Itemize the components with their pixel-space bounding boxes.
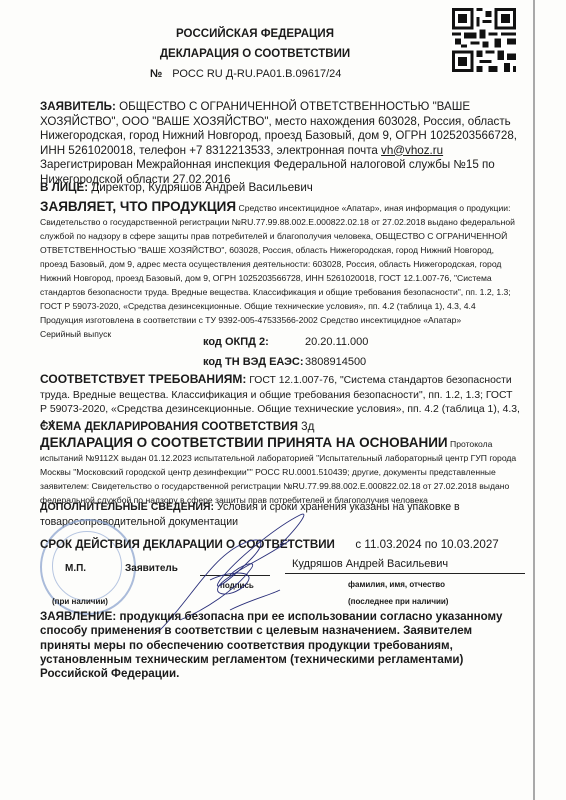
applicant-label: ЗАЯВИТЕЛЬ:	[40, 100, 116, 113]
representative-label: В ЛИЦЕ:	[40, 181, 88, 194]
okpd-code-row: код ОКПД 2:20.20.11.000	[203, 336, 368, 348]
scheme-section: СХЕМА ДЕКЛАРИРОВАНИЯ СООТВЕТСТВИЯ 3д	[40, 420, 520, 435]
scheme-label: СХЕМА ДЕКЛАРИРОВАНИЯ СООТВЕТСТВИЯ	[40, 420, 298, 433]
name-caption: фамилия, имя, отчество	[348, 580, 445, 589]
basis-label: ДЕКЛАРАЦИЯ О СООТВЕТСТВИИ ПРИНЯТА НА ОСН…	[40, 435, 448, 450]
basis-section: ДЕКЛАРАЦИЯ О СООТВЕТСТВИИ ПРИНЯТА НА ОСН…	[40, 436, 520, 507]
number-sign: №	[150, 68, 162, 80]
product-manufactured: Продукция изготовлена в соответствии с Т…	[40, 313, 520, 327]
product-text: Средство инсектицидное «Апатар», иная ин…	[40, 203, 515, 311]
name-caption-2: (последнее при наличии)	[348, 597, 448, 606]
page-edge-line	[533, 0, 535, 800]
requirements-label: СООТВЕТСТВУЕТ ТРЕБОВАНИЯМ:	[40, 372, 246, 386]
representative-section: В ЛИЦЕ: Директор, Кудряшов Андрей Василь…	[40, 181, 520, 196]
document-title: ДЕКЛАРАЦИЯ О СООТВЕТСТВИИ	[0, 48, 538, 60]
declaration-number: №РОСС RU Д-RU.РА01.В.09617/24	[150, 68, 341, 80]
stamp-caption: (при наличии)	[52, 597, 108, 606]
number-value: РОСС RU Д-RU.РА01.В.09617/24	[172, 68, 341, 80]
tnved-label: код ТН ВЭД ЕАЭС:	[203, 356, 305, 368]
product-label: ЗАЯВЛЯЕТ, ЧТО ПРОДУКЦИЯ	[40, 199, 236, 214]
okpd-value: 20.20.11.000	[305, 336, 368, 348]
tnved-value: 3808914500	[305, 356, 366, 368]
country-title: РОССИЙСКАЯ ФЕДЕРАЦИЯ	[0, 28, 538, 40]
qr-code-icon	[452, 6, 516, 74]
tnved-code-row: код ТН ВЭД ЕАЭС:3808914500	[203, 356, 366, 368]
statement-text: ЗАЯВЛЕНИЕ: продукция безопасна при ее ис…	[40, 610, 510, 681]
applicant-section: ЗАЯВИТЕЛЬ: ОБЩЕСТВО С ОГРАНИЧЕННОЙ ОТВЕТ…	[40, 100, 520, 187]
representative-text: Директор, Кудряшов Андрей Васильевич	[91, 181, 312, 194]
product-section: ЗАЯВЛЯЕТ, ЧТО ПРОДУКЦИЯ Средство инсекти…	[40, 200, 520, 341]
validity-value: с 11.03.2024 по 10.03.2027	[355, 538, 498, 551]
okpd-label: код ОКПД 2:	[203, 336, 305, 348]
mp-label: М.П.	[65, 563, 86, 574]
scheme-value: 3д	[301, 420, 314, 433]
applicant-email-link[interactable]: vh@vhoz.ru	[381, 144, 443, 157]
